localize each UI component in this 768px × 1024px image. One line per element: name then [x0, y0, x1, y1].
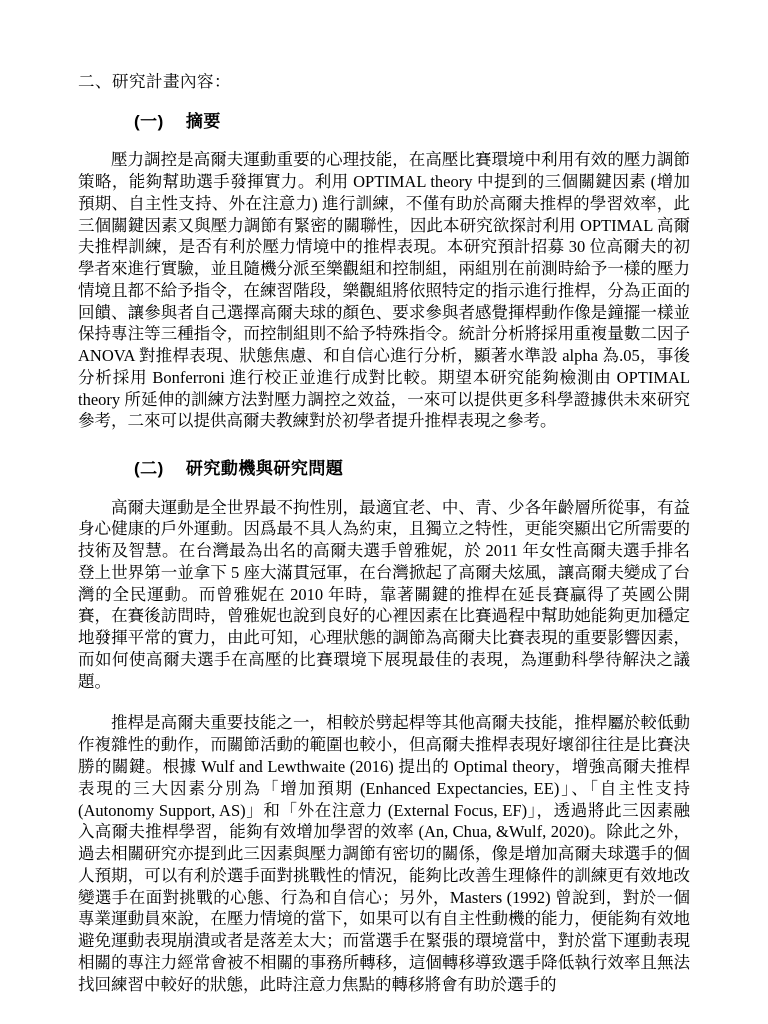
section-abstract: (一)摘要 壓力調控是高爾夫運動重要的心理技能，在高壓比賽環境中利用有效的壓力調…	[78, 111, 690, 432]
section-abstract-number: (一)	[134, 112, 164, 131]
abstract-paragraph: 壓力調控是高爾夫運動重要的心理技能，在高壓比賽環境中利用有效的壓力調節策略，能夠…	[78, 149, 690, 432]
document-title: 二、研究計畫內容：	[78, 72, 690, 94]
section-motivation-heading: (二)研究動機與研究問題	[134, 458, 690, 480]
document-page: 二、研究計畫內容： (一)摘要 壓力調控是高爾夫運動重要的心理技能，在高壓比賽環…	[0, 0, 768, 1024]
section-motivation-title: 研究動機與研究問題	[186, 459, 344, 478]
section-abstract-heading: (一)摘要	[134, 111, 690, 133]
section-abstract-title: 摘要	[186, 112, 221, 131]
section-motivation: (二)研究動機與研究問題 高爾夫運動是全世界最不拘性別，最適宜老、中、青、少各年…	[78, 458, 690, 995]
section-motivation-number: (二)	[134, 459, 164, 478]
motivation-paragraph-1: 高爾夫運動是全世界最不拘性別，最適宜老、中、青、少各年齡層所從事，有益身心健康的…	[78, 497, 690, 693]
motivation-paragraph-2: 推桿是高爾夫重要技能之一，相較於劈起桿等其他高爾夫技能，推桿屬於較低動作複雜性的…	[78, 712, 690, 995]
